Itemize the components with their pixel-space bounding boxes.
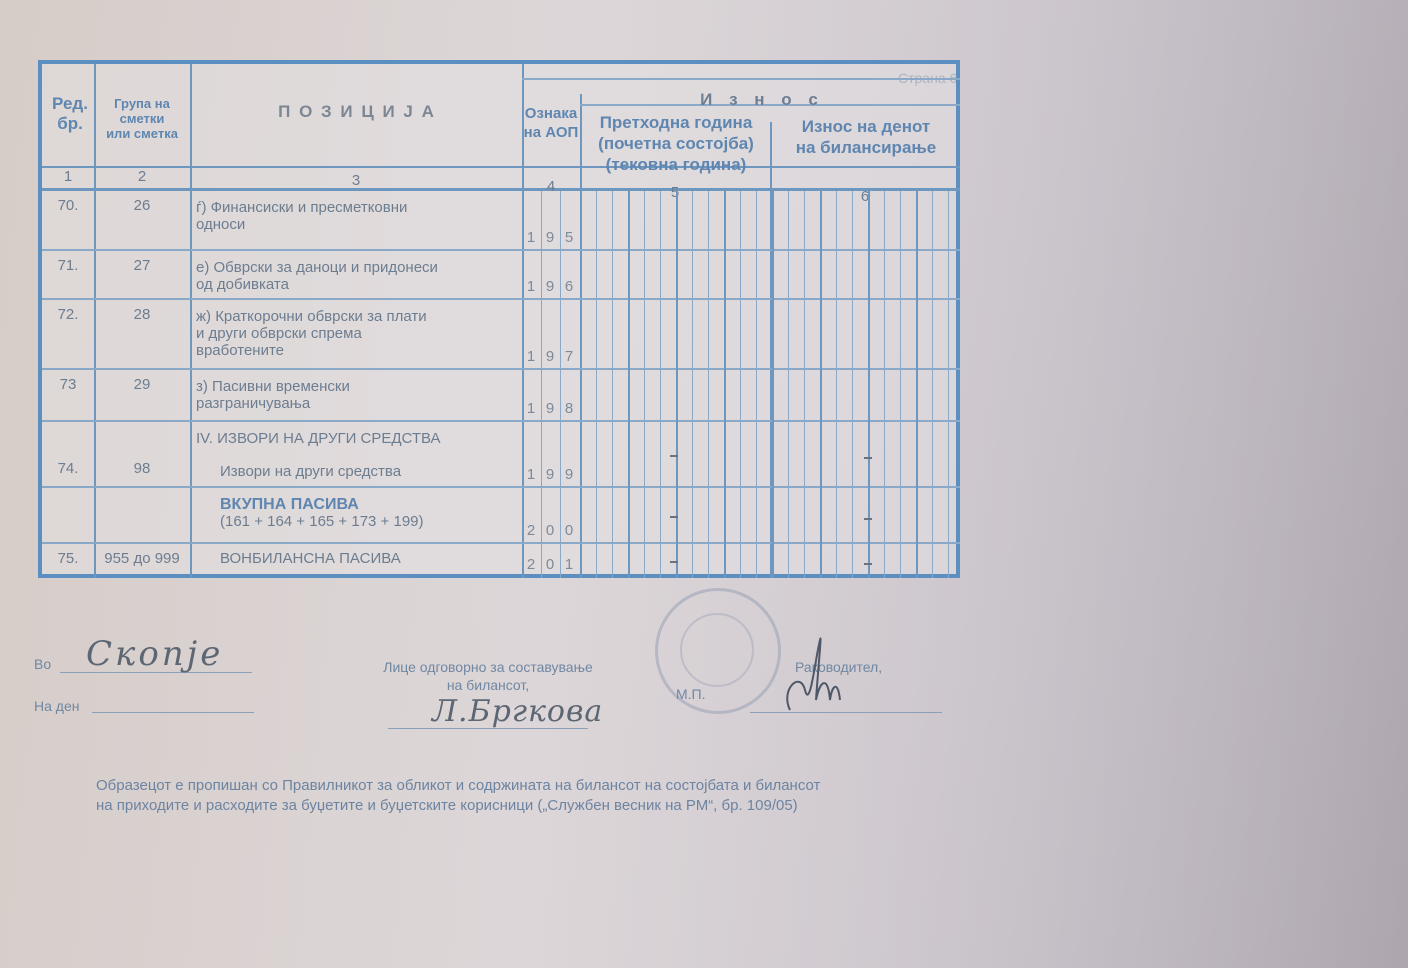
table-row: 72.28ж) Краткорочни обврски за плати и д…: [42, 300, 960, 370]
aop-divider: [541, 422, 542, 488]
stamp-emblem: [680, 613, 754, 687]
row-number: 71.: [42, 257, 94, 274]
empty-value-dash: [864, 563, 872, 565]
header-previous-year: Претходна година(почетна состојба)(теков…: [582, 112, 770, 175]
position-line: вработените: [196, 342, 520, 359]
position-line: од добивката: [196, 276, 520, 293]
account-group: 955 до 999: [94, 550, 190, 567]
aop-digit: 1: [524, 278, 538, 295]
aop-digit: 1: [524, 348, 538, 365]
aop-digit: 9: [543, 348, 557, 365]
date-label: На ден: [34, 698, 79, 714]
previous-year-amount-field[interactable]: [580, 370, 770, 422]
aop-digit: 1: [524, 229, 538, 246]
table-row: 70.26ѓ) Финансиски и пресметковни односи…: [42, 191, 960, 251]
row-number: 73: [42, 376, 94, 393]
aop-divider: [560, 544, 561, 578]
column-number: 1: [42, 168, 94, 185]
empty-value-dash: [864, 518, 872, 520]
position-text: ѓ) Финансиски и пресметковни односи: [196, 199, 520, 233]
aop-divider: [560, 422, 561, 488]
empty-value-dash: [670, 455, 678, 457]
regulation-note: Образецот е пропишан со Правилникот за о…: [96, 776, 820, 816]
header-account-group: Група насметкиили сметка: [94, 96, 190, 141]
aop-digit: 2: [524, 556, 538, 573]
aop-divider: [560, 370, 561, 422]
position-line: IV. ИЗВОРИ НА ДРУГИ СРЕДСТВА: [196, 430, 520, 447]
previous-year-amount-field[interactable]: [580, 191, 770, 251]
stamp-label: М.П.: [676, 686, 706, 702]
previous-year-amount-field[interactable]: [580, 251, 770, 300]
aop-digit: 1: [524, 400, 538, 417]
table-row: 7329з) Пасивни временски разграничувања1…: [42, 370, 960, 422]
aop-divider: [560, 488, 561, 544]
position-line: ВКУПНА ПАСИВА: [196, 496, 520, 513]
column-number: 3: [190, 172, 522, 189]
balance-date-amount-field[interactable]: [770, 300, 960, 370]
header-amount: И з н о с: [642, 90, 882, 110]
position-text: ж) Краткорочни обврски за плати и други …: [196, 308, 520, 359]
place-handwriting: Скопје: [86, 634, 223, 674]
position-text: ВКУПНА ПАСИВА(161 + 164 + 165 + 173 + 19…: [196, 496, 520, 530]
date-field[interactable]: [92, 712, 254, 713]
official-stamp: [655, 588, 781, 714]
aop-digit: 0: [543, 556, 557, 573]
row-number: 70.: [42, 197, 94, 214]
aop-digit: 9: [543, 229, 557, 246]
aop-digit: 9: [543, 400, 557, 417]
column-number: 2: [94, 168, 190, 185]
position-line: Извори на други средства: [196, 463, 520, 480]
table-row: 74.98IV. ИЗВОРИ НА ДРУГИ СРЕДСТВАИзвори …: [42, 422, 960, 488]
aop-divider: [541, 251, 542, 300]
position-line: односи: [196, 216, 520, 233]
position-line: разграничувања: [196, 395, 520, 412]
aop-divider: [541, 544, 542, 578]
balance-date-amount-field[interactable]: [770, 544, 960, 578]
aop-digit: 1: [524, 466, 538, 483]
aop-digit: 0: [543, 522, 557, 539]
header-position: П О З И Ц И Ј А: [192, 102, 522, 122]
aop-divider: [541, 191, 542, 251]
table-row: 75.955 до 999ВОНБИЛАНСНА ПАСИВА201: [42, 544, 960, 578]
place-label: Во: [34, 656, 51, 672]
aop-digit: 8: [562, 400, 576, 417]
previous-year-amount-field[interactable]: [580, 300, 770, 370]
aop-digit: 1: [562, 556, 576, 573]
balance-sheet-table: Ред.бр. Група насметкиили сметка П О З И…: [38, 60, 960, 578]
balance-date-amount-field[interactable]: [770, 251, 960, 300]
table-row: 71.27е) Обврски за даноци и придонеси од…: [42, 251, 960, 300]
header-balance-date: Износ на денотна билансирање: [772, 116, 960, 158]
aop-divider: [541, 300, 542, 370]
aop-digit: 5: [562, 229, 576, 246]
position-line: и други обврски спрема: [196, 325, 520, 342]
header-row-number: Ред.бр.: [46, 94, 94, 134]
header-rule: [522, 78, 960, 80]
table-row: ВКУПНА ПАСИВА(161 + 164 + 165 + 173 + 19…: [42, 488, 960, 544]
position-text: IV. ИЗВОРИ НА ДРУГИ СРЕДСТВАИзвори на др…: [196, 430, 520, 480]
balance-date-amount-field[interactable]: [770, 370, 960, 422]
aop-digit: 9: [543, 278, 557, 295]
empty-value-dash: [864, 457, 872, 459]
position-line: е) Обврски за даноци и придонеси: [196, 259, 520, 276]
responsible-signature: Л.Бргкова: [432, 694, 603, 729]
account-group: 27: [94, 257, 190, 274]
aop-divider: [560, 191, 561, 251]
aop-digit: 7: [562, 348, 576, 365]
aop-divider: [541, 370, 542, 422]
director-signature: [770, 630, 860, 720]
position-text: е) Обврски за даноци и придонеси од доби…: [196, 259, 520, 293]
position-line: ВОНБИЛАНСНА ПАСИВА: [196, 550, 520, 567]
responsible-person-label: Лице одговорно за составувањена билансот…: [368, 658, 608, 694]
position-line: ѓ) Финансиски и пресметковни: [196, 199, 520, 216]
account-group: 98: [94, 460, 190, 477]
header-aop: Ознакана АОП: [522, 104, 580, 142]
row-number: 74.: [42, 460, 94, 477]
aop-divider: [560, 251, 561, 300]
empty-value-dash: [670, 516, 678, 518]
aop-digit: 9: [543, 466, 557, 483]
account-group: 29: [94, 376, 190, 393]
balance-date-amount-field[interactable]: [770, 488, 960, 544]
aop-digit: 2: [524, 522, 538, 539]
position-line: ж) Краткорочни обврски за плати: [196, 308, 520, 325]
position-line: з) Пасивни временски: [196, 378, 520, 395]
row-number: 75.: [42, 550, 94, 567]
aop-divider: [541, 488, 542, 544]
aop-divider: [560, 300, 561, 370]
position-text: з) Пасивни временски разграничувања: [196, 378, 520, 412]
position-text: ВОНБИЛАНСНА ПАСИВА: [196, 550, 520, 567]
empty-value-dash: [670, 561, 678, 563]
balance-date-amount-field[interactable]: [770, 422, 960, 488]
aop-digit: 6: [562, 278, 576, 295]
row-number: 72.: [42, 306, 94, 323]
aop-digit: 9: [562, 466, 576, 483]
aop-digit: 0: [562, 522, 576, 539]
balance-date-amount-field[interactable]: [770, 191, 960, 251]
account-group: 28: [94, 306, 190, 323]
account-group: 26: [94, 197, 190, 214]
position-line: (161 + 164 + 165 + 173 + 199): [196, 513, 520, 530]
